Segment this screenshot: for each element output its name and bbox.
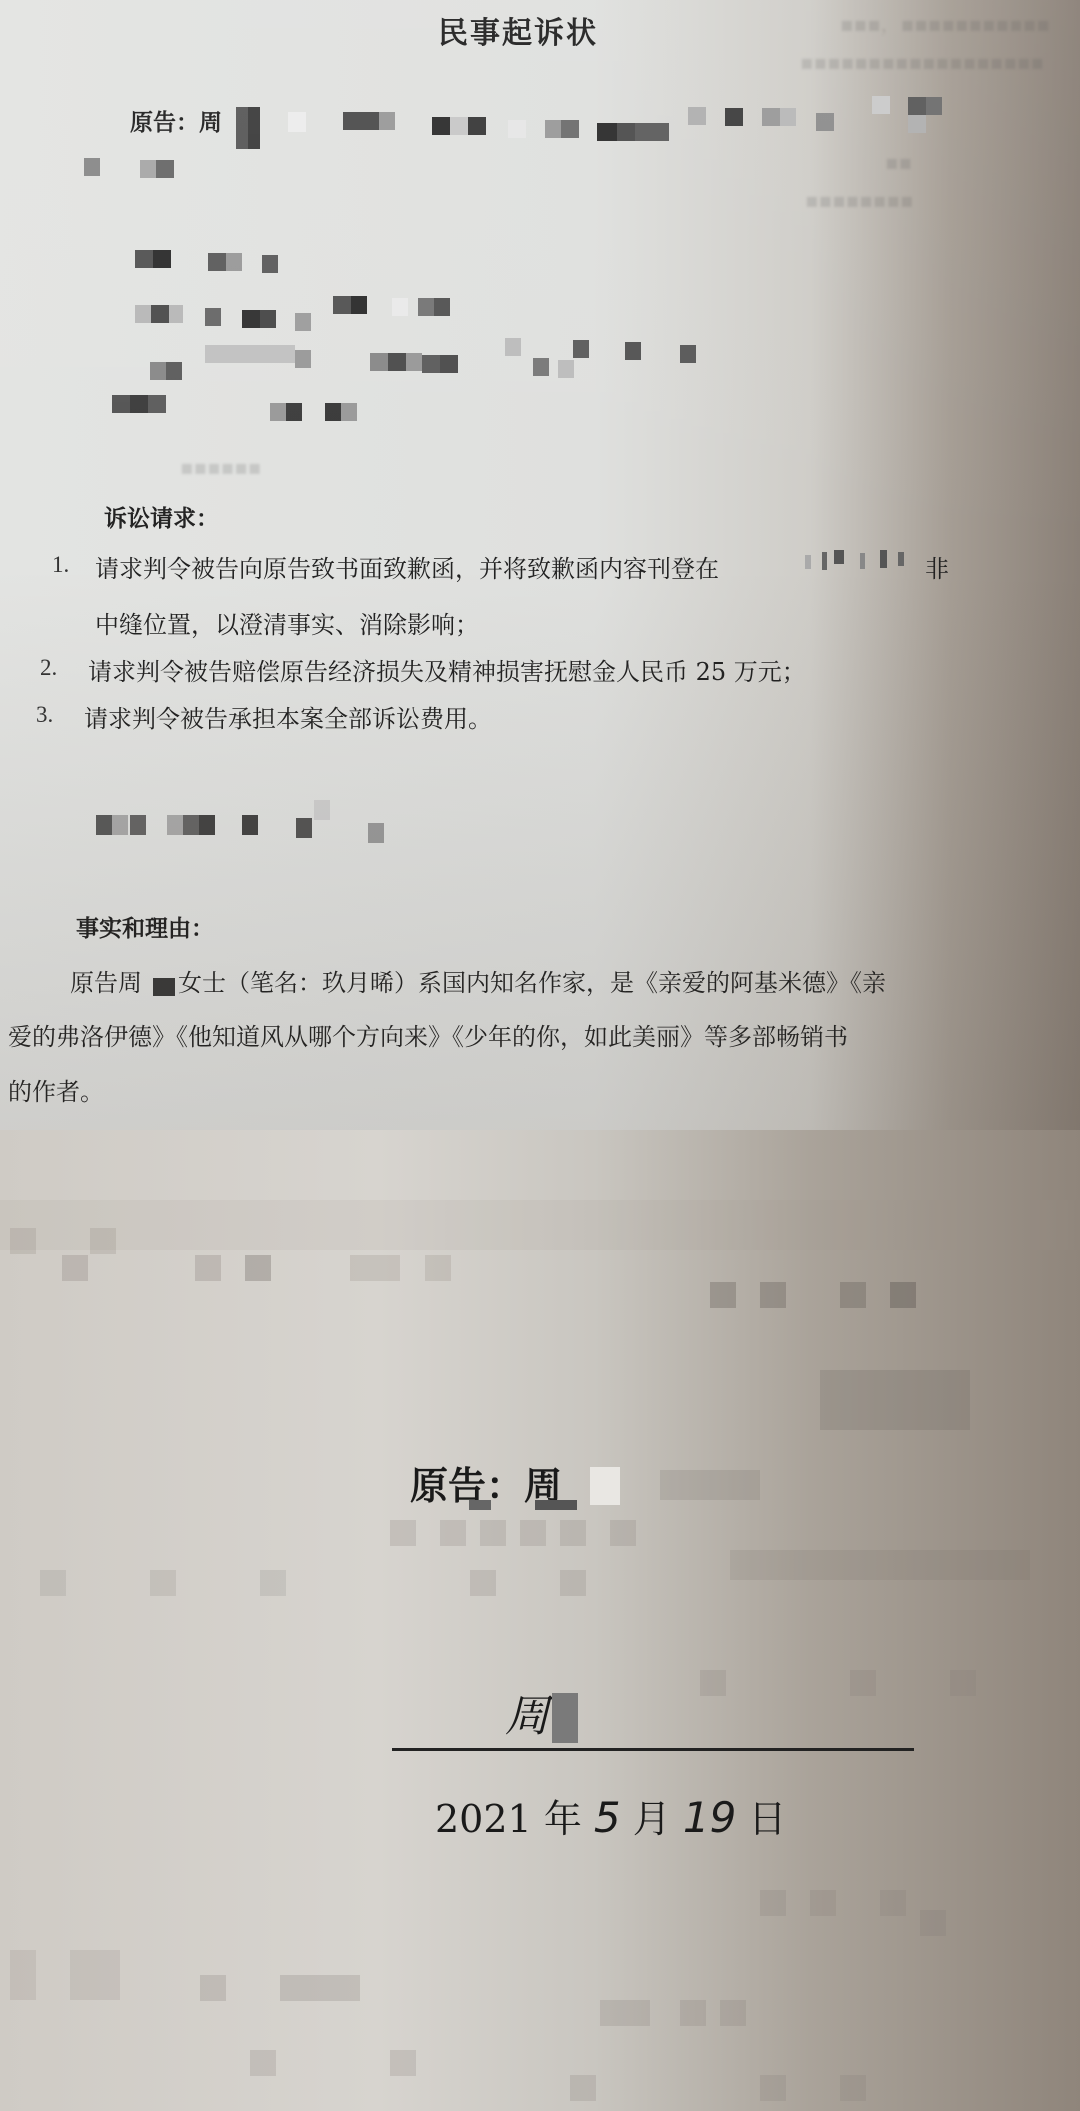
redacted-name — [469, 1500, 491, 1510]
handwritten-signature: 周 — [505, 1680, 549, 1744]
facts-line: 原告周 — [70, 963, 142, 998]
signature-line — [392, 1748, 914, 1751]
date-month-char: 月 — [633, 1797, 671, 1841]
date-day-char: 日 — [748, 1797, 786, 1841]
redacted-name — [590, 1467, 620, 1505]
redacted-name — [535, 1500, 577, 1510]
redacted-publication — [834, 550, 844, 564]
claim-text: 请求判令被告赔偿原告经济损失及精神损害抚慰金人民币 25 万元； — [88, 652, 806, 687]
facts-line: 女士（笔名：玖月晞）系国内知名作家，是《亲爱的阿基米德》《亲 — [178, 963, 886, 998]
show-through-text: ▪▪▪▪▪▪▪▪ — [805, 188, 913, 212]
redacted-publication — [898, 552, 904, 566]
date-year: 2021 — [435, 1797, 532, 1841]
redacted-signature — [552, 1693, 578, 1743]
show-through-text: ▪▪▪▪▪▪ — [180, 455, 261, 479]
claims-heading: 诉讼请求： — [104, 500, 219, 533]
claim-text: 请求判令被告向原告致书面致歉函，并将致歉函内容刊登在 — [95, 549, 719, 584]
document-page-2: 原告：周 周 2021 年 5 月 19 日 — [0, 1130, 1080, 2111]
claim-text: 请求判令被告承担本案全部诉讼费用。 — [84, 699, 492, 734]
show-through-text: ▪▪▪，▪▪▪▪▪▪▪▪▪▪▪ — [840, 8, 1050, 37]
date-day: 19 — [683, 1793, 736, 1842]
facts-heading: 事实和理由： — [76, 910, 214, 943]
redacted-name — [153, 978, 175, 996]
claim-number: 3. — [36, 702, 53, 728]
document-page-1: ▪▪▪，▪▪▪▪▪▪▪▪▪▪▪ ▪▪▪▪▪▪▪▪▪▪▪▪▪▪▪▪▪▪ ▪▪ ▪▪… — [0, 0, 1080, 1130]
claim-number: 2. — [40, 655, 57, 681]
redacted-publication — [805, 555, 811, 569]
claim-text-continued: 中缝位置，以澄清事实、消除影响； — [95, 605, 479, 640]
show-through-text: ▪▪▪▪▪▪▪▪▪▪▪▪▪▪▪▪▪▪ — [800, 50, 1044, 74]
claim-number: 1. — [52, 552, 69, 578]
redacted-publication — [860, 553, 865, 569]
document-title: 民事起诉状 — [438, 8, 598, 52]
date-month: 5 — [594, 1793, 621, 1842]
claim-text-tail: 非 — [925, 549, 949, 584]
date-year-char: 年 — [544, 1797, 582, 1841]
redacted-publication — [822, 552, 827, 570]
facts-line: 的作者。 — [8, 1072, 104, 1107]
facts-line: 爱的弗洛伊德》《他知道风从哪个方向来》《少年的你，如此美丽》等多部畅销书 — [8, 1017, 848, 1052]
redacted-publication — [880, 550, 887, 568]
plaintiff-label: 原告：周 — [130, 104, 222, 137]
show-through-text: ▪▪ — [885, 150, 912, 174]
signing-date: 2021 年 5 月 19 日 — [435, 1788, 786, 1843]
